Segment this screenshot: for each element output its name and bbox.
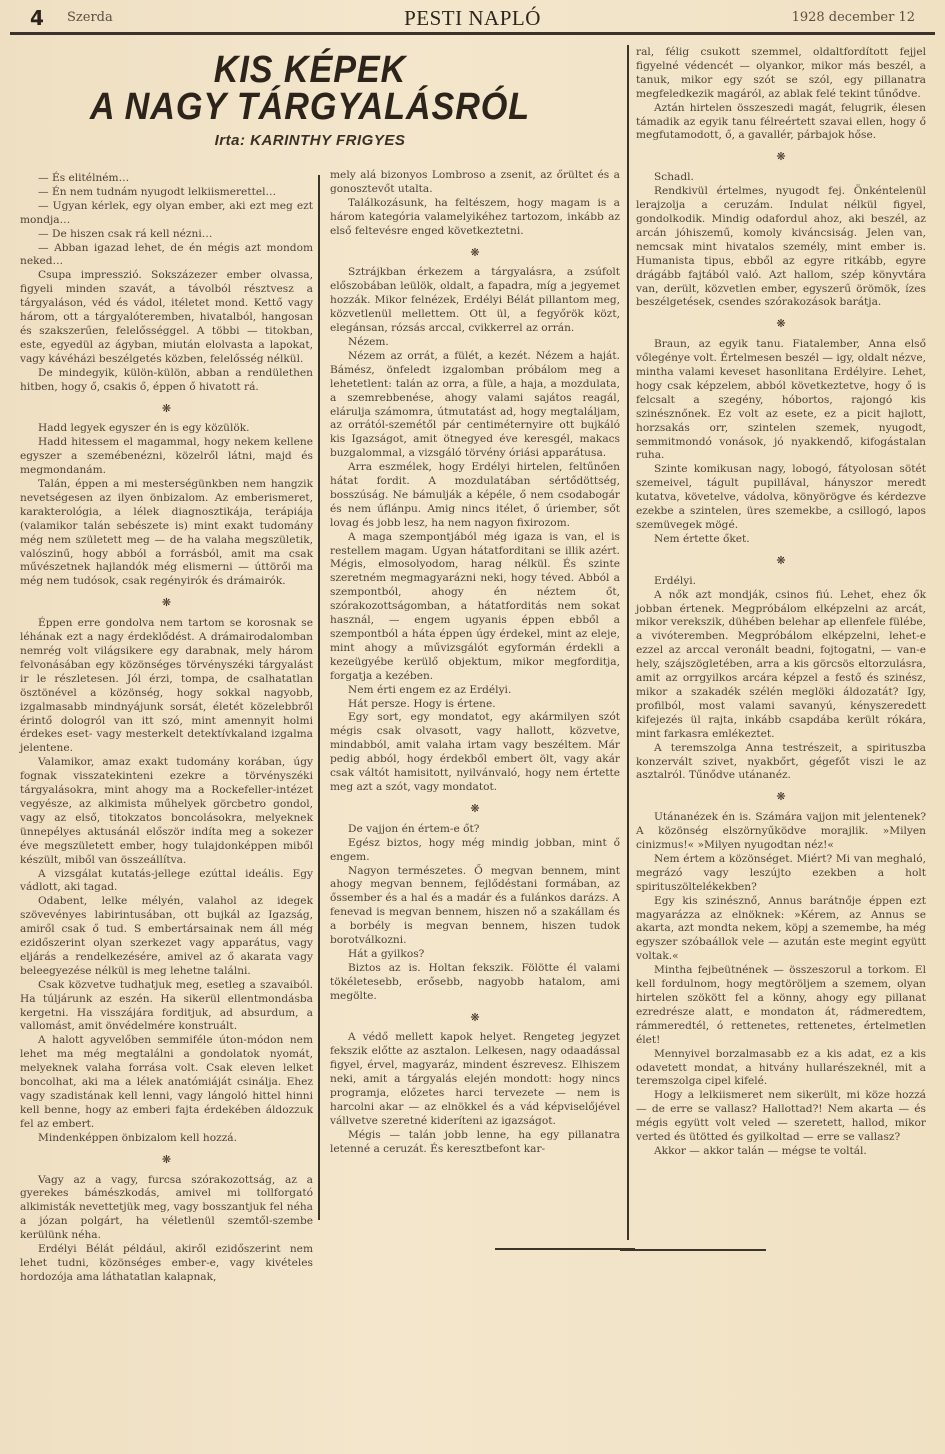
newspaper-page: 4 Szerda PESTI NAPLÓ 1928 december 12 KI… [0, 0, 945, 1454]
paragraph: Egy kis szinésznő, Annus barátnője éppen… [636, 895, 926, 965]
paragraph: Hát persze. Hogy is értene. [330, 698, 620, 712]
newspaper-name: PESTI NAPLÓ [22, 6, 923, 31]
paragraph: A halott agyvelőben semmiféle úton-módon… [20, 1034, 313, 1131]
paragraph: Nézem. [330, 336, 620, 350]
paragraph: De mindegyik, külön-külön, abban a rendü… [20, 367, 313, 395]
paragraph: — Én nem tudnám nyugodt lelkiismerettel… [20, 186, 313, 200]
paragraph: Schadl. [636, 171, 926, 185]
paragraph: — De hiszen csak rá kell nézni… [20, 228, 313, 242]
paragraph: Mégis — talán jobb lenne, ha egy pillana… [330, 1129, 620, 1157]
masthead-rule [10, 32, 935, 35]
section-separator: ❋ [636, 554, 926, 568]
column-rule [627, 45, 629, 1240]
paragraph: Sztrájkban érkezem a tárgyalásra, a zsúf… [330, 266, 620, 336]
column-rule [318, 175, 320, 1220]
article-column-middle: mely alá bizonyos Lombroso a zsenit, az … [330, 169, 620, 1157]
paragraph: Találkozásunk, ha feltészem, hogy magam … [330, 197, 620, 239]
article-end-rule [620, 1249, 766, 1251]
paragraph: — Ugyan kérlek, egy olyan ember, aki ezt… [20, 200, 313, 228]
paragraph: Rendkivül értelmes, nyugodt fej. Önkénte… [636, 185, 926, 310]
paragraph: Mintha fejbeütnének — összeszorul a tork… [636, 964, 926, 1047]
paragraph: Egész biztos, hogy még mindig jobban, mi… [330, 837, 620, 865]
paragraph: Odabent, lelke mélyén, valahol az idegek… [20, 895, 313, 978]
paragraph: Egy sort, egy mondatot, egy akármilyen s… [330, 711, 620, 794]
paragraph: Nagyon természetes. Ő megvan bennem, min… [330, 865, 620, 948]
paragraph: Hadd hitessem el magammal, hogy nekem ke… [20, 436, 313, 478]
paragraph: A teremszolga Anna testrészeit, a spirit… [636, 742, 926, 784]
paragraph: Akkor — akkor talán — mégse te voltál. [636, 1145, 926, 1159]
paragraph: — És elitélném… [20, 172, 313, 186]
section-separator: ❋ [20, 1153, 313, 1167]
paragraph: Arra eszmélek, hogy Erdélyi hirtelen, fe… [330, 461, 620, 531]
section-separator: ❋ [20, 596, 313, 610]
paragraph: — Abban igazad lehet, de én mégis azt mo… [20, 242, 313, 270]
paragraph: Hát a gyilkos? [330, 948, 620, 962]
paragraph: Valamikor, amaz exakt tudomány korában, … [20, 756, 313, 867]
paragraph: Vagy az a vagy, furcsa szórakozottság, a… [20, 1174, 313, 1244]
paragraph: Éppen erre gondolva nem tartom se korosn… [20, 617, 313, 756]
paragraph: Mindenképpen önbizalom kell hozzá. [20, 1132, 313, 1146]
article-headline: KIS KÉPEK A NAGY TÁRGYALÁSRÓL Irta: KARI… [0, 52, 620, 149]
section-separator: ❋ [330, 1011, 620, 1025]
paragraph: Aztán hirtelen összeszedi magát, felugri… [636, 102, 926, 144]
headline-line-2: A NAGY TÁRGYALÁSRÓL [31, 89, 589, 126]
paragraph: Erdélyi Bélát például, akiről ezidőszeri… [20, 1243, 313, 1285]
paragraph: Hogy a lelkiismeret nem sikerült, mi köz… [636, 1089, 926, 1145]
paragraph: Talán, éppen a mi mesterségünkben nem ha… [20, 478, 313, 589]
section-separator: ❋ [636, 317, 926, 331]
paragraph: Mennyivel borzalmasabb ez a kis adat, ez… [636, 1048, 926, 1090]
headline-line-1: KIS KÉPEK [31, 52, 589, 89]
paragraph: A maga szempontjából még igaza is van, e… [330, 531, 620, 684]
masthead: 4 Szerda PESTI NAPLÓ 1928 december 12 [22, 4, 923, 32]
paragraph: Szinte komikusan nagy, lobogó, fátyolosa… [636, 463, 926, 533]
paragraph: mely alá bizonyos Lombroso a zsenit, az … [330, 169, 620, 197]
paragraph: De vajjon én értem-e őt? [330, 823, 620, 837]
paragraph: Csak közvetve tudhatjuk meg, esetleg a s… [20, 979, 313, 1035]
section-separator: ❋ [330, 246, 620, 260]
article-column-right: ral, félig csukott szemmel, oldaltfordít… [636, 46, 926, 1159]
article-column-left: — És elitélném…— Én nem tudnám nyugodt l… [20, 172, 313, 1285]
paragraph: A vizsgálat kutatás-jellege ezúttal ideá… [20, 868, 313, 896]
paragraph: Csupa impresszió. Sokszázezer ember olva… [20, 269, 313, 366]
paragraph: Hadd legyek egyszer én is egy közülök. [20, 422, 313, 436]
section-separator: ❋ [20, 402, 313, 416]
paragraph: Nem értette őket. [636, 533, 926, 547]
paragraph: Utánanézek én is. Számára vajjon mit jel… [636, 811, 926, 853]
section-separator: ❋ [330, 802, 620, 816]
paragraph: Nézem az orrát, a fülét, a kezét. Nézem … [330, 350, 620, 461]
issue-date: 1928 december 12 [792, 10, 915, 25]
section-separator: ❋ [636, 790, 926, 804]
article-end-rule [495, 1248, 635, 1250]
paragraph: A nők azt mondják, csinos fiú. Lehet, eh… [636, 589, 926, 742]
paragraph: Braun, az egyik tanu. Fiatalember, Anna … [636, 338, 926, 463]
paragraph: ral, félig csukott szemmel, oldaltfordít… [636, 46, 926, 102]
paragraph: Erdélyi. [636, 575, 926, 589]
paragraph: Nem értem a közönséget. Miért? Mi van me… [636, 853, 926, 895]
paragraph: Biztos az is. Holtan fekszik. Fölötte él… [330, 962, 620, 1004]
paragraph: Nem érti engem ez az Erdélyi. [330, 684, 620, 698]
paragraph: A védő mellett kapok helyet. Rengeteg je… [330, 1031, 620, 1128]
section-separator: ❋ [636, 150, 926, 164]
byline: Irta: KARINTHY FRIGYES [0, 132, 620, 149]
